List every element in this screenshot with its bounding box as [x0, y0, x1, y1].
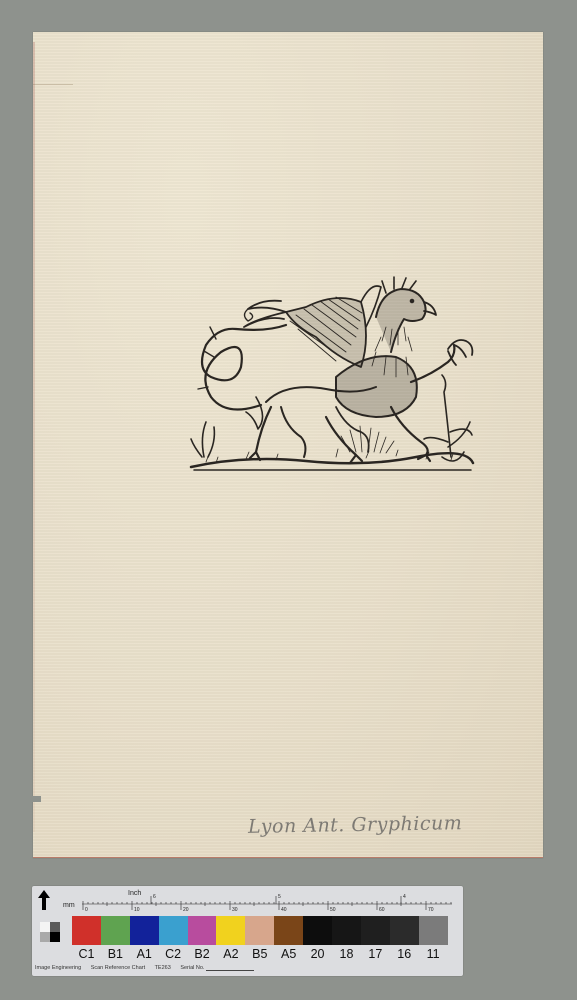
- svg-text:40: 40: [281, 907, 287, 913]
- swatch-label: 17: [361, 947, 390, 961]
- swatch-16: [390, 916, 419, 945]
- swatch-label: B2: [188, 947, 217, 961]
- swatch-a1: [130, 916, 159, 945]
- swatch-b2: [188, 916, 217, 945]
- swatch-label: 20: [303, 947, 332, 961]
- swatch-label: A1: [130, 947, 159, 961]
- gray-reference-patch: [40, 922, 60, 942]
- serial-line: [206, 970, 254, 971]
- svg-text:5: 5: [278, 894, 281, 900]
- color-swatches: [72, 916, 448, 945]
- chart-maker: Image Engineering: [35, 965, 81, 971]
- swatch-11: [419, 916, 448, 945]
- swatch-label: C1: [72, 947, 101, 961]
- swatch-label: 16: [390, 947, 419, 961]
- swatch-labels: C1 B1 A1 C2 B2 A2 B5 A5 20 18 17 16 11: [72, 947, 448, 961]
- swatch-label: B5: [245, 947, 274, 961]
- swatch-c2: [159, 916, 188, 945]
- ruler-mm-label: mm: [63, 902, 75, 909]
- document-leaf: Lyon Ant. Gryphicum: [33, 32, 543, 858]
- swatch-18: [332, 916, 361, 945]
- swatch-label: C2: [159, 947, 188, 961]
- swatch-label: B1: [101, 947, 130, 961]
- swatch-a5: [274, 916, 303, 945]
- scan-reference-chart: mm Inch 0 10 20 30 40 50 60 70 6: [32, 886, 463, 976]
- svg-text:60: 60: [379, 907, 385, 913]
- svg-text:70: 70: [428, 907, 434, 913]
- gray-patch-black: [50, 932, 60, 942]
- svg-text:50: 50: [330, 907, 336, 913]
- griffin-woodcut-illustration: [186, 257, 476, 472]
- gray-patch-dark: [50, 922, 60, 932]
- svg-text:20: 20: [183, 907, 189, 913]
- swatch-17: [361, 916, 390, 945]
- paper-notch: [31, 796, 41, 802]
- paper-crease: [33, 84, 73, 95]
- swatch-a2: [216, 916, 245, 945]
- gray-patch-white: [40, 922, 50, 932]
- chart-footer: Image Engineering Scan Reference Chart T…: [35, 965, 262, 971]
- ruler-tick-labels: 0 10 20 30 40 50 60 70 6 5 4: [82, 894, 454, 912]
- svg-text:10: 10: [134, 907, 140, 913]
- swatch-b5: [245, 916, 274, 945]
- up-arrow-icon: [37, 890, 51, 910]
- svg-text:30: 30: [232, 907, 238, 913]
- handwritten-annotation: Lyon Ant. Gryphicum: [248, 812, 463, 838]
- swatch-label: 18: [332, 947, 361, 961]
- paper-edge-stain: [33, 42, 35, 832]
- gray-patch-mid: [40, 932, 50, 942]
- swatch-label: 11: [419, 947, 448, 961]
- swatch-b1: [101, 916, 130, 945]
- svg-text:0: 0: [85, 907, 88, 913]
- swatch-20: [303, 916, 332, 945]
- chart-name: Scan Reference Chart: [91, 965, 145, 971]
- swatch-label: A5: [274, 947, 303, 961]
- swatch-c1: [72, 916, 101, 945]
- svg-text:4: 4: [403, 894, 406, 900]
- swatch-label: A2: [216, 947, 245, 961]
- chart-model: TE263: [155, 965, 171, 971]
- serial-label: Serial No.: [180, 965, 204, 971]
- svg-text:6: 6: [153, 894, 156, 900]
